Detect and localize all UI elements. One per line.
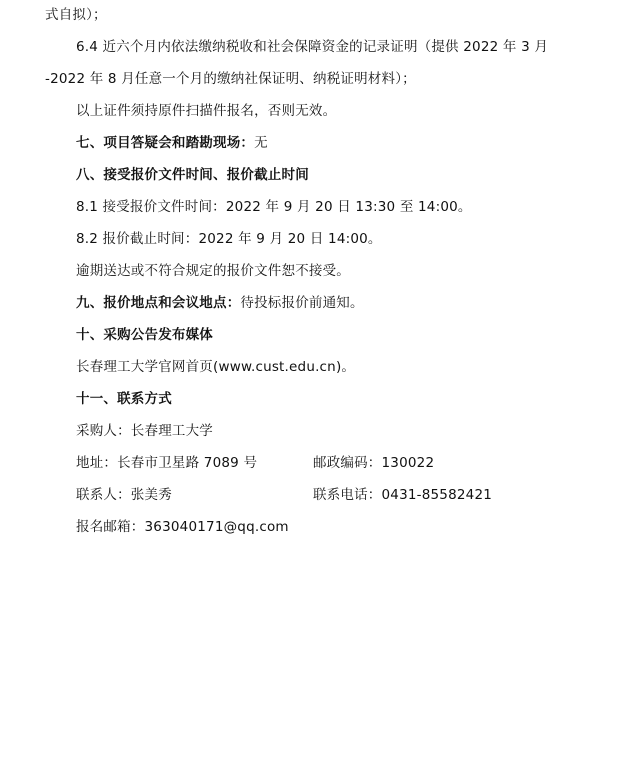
- contact-phone: 联系电话：0431-85582421: [313, 485, 492, 505]
- address: 地址：长春市卫星路 7089 号: [76, 453, 257, 473]
- section-11-heading: 十一、联系方式: [76, 389, 172, 409]
- validity-note: 以上证件须持原件扫描件报名，否则无效。: [76, 101, 336, 121]
- contact-person: 联系人：张美秀: [76, 485, 172, 505]
- section-10-heading: 十、采购公告发布媒体: [76, 325, 213, 345]
- item-8-1: 8.1 接受报价文件时间：2022 年 9 月 20 日 13:30 至 14:…: [76, 197, 472, 217]
- late-submission-note: 逾期送达或不符合规定的报价文件恕不接受。: [76, 261, 350, 281]
- item-6-4-continued: -2022 年 8 月任意一个月的缴纳社保证明、纳税证明材料）；: [45, 69, 416, 89]
- item-6-4: 6.4 近六个月内依法缴纳税收和社会保障资金的记录证明（提供 2022 年 3 …: [76, 37, 548, 57]
- section-7: 七、项目答疑会和踏勘现场：无: [76, 133, 268, 153]
- section-9: 九、报价地点和会议地点：待投标报价前通知。: [76, 293, 364, 313]
- section-9-value: 待投标报价前通知。: [240, 295, 363, 311]
- section-7-value: 无: [254, 135, 268, 151]
- postcode: 邮政编码：130022: [313, 453, 434, 473]
- item-8-2: 8.2 报价截止时间：2022 年 9 月 20 日 14:00。: [76, 229, 382, 249]
- purchaser: 采购人：长春理工大学: [76, 421, 213, 441]
- section-7-heading: 七、项目答疑会和踏勘现场：: [76, 135, 254, 151]
- registration-email: 报名邮箱：363040171@qq.com: [76, 517, 289, 537]
- document-page: 式自拟）； 6.4 近六个月内依法缴纳税收和社会保障资金的记录证明（提供 202…: [0, 0, 643, 766]
- section-9-heading: 九、报价地点和会议地点：: [76, 295, 240, 311]
- section-8-heading: 八、接受报价文件时间、报价截止时间: [76, 165, 309, 185]
- section-10-value: 长春理工大学官网首页(www.cust.edu.cn)。: [76, 357, 355, 377]
- continued-text: 式自拟）；: [45, 5, 107, 25]
